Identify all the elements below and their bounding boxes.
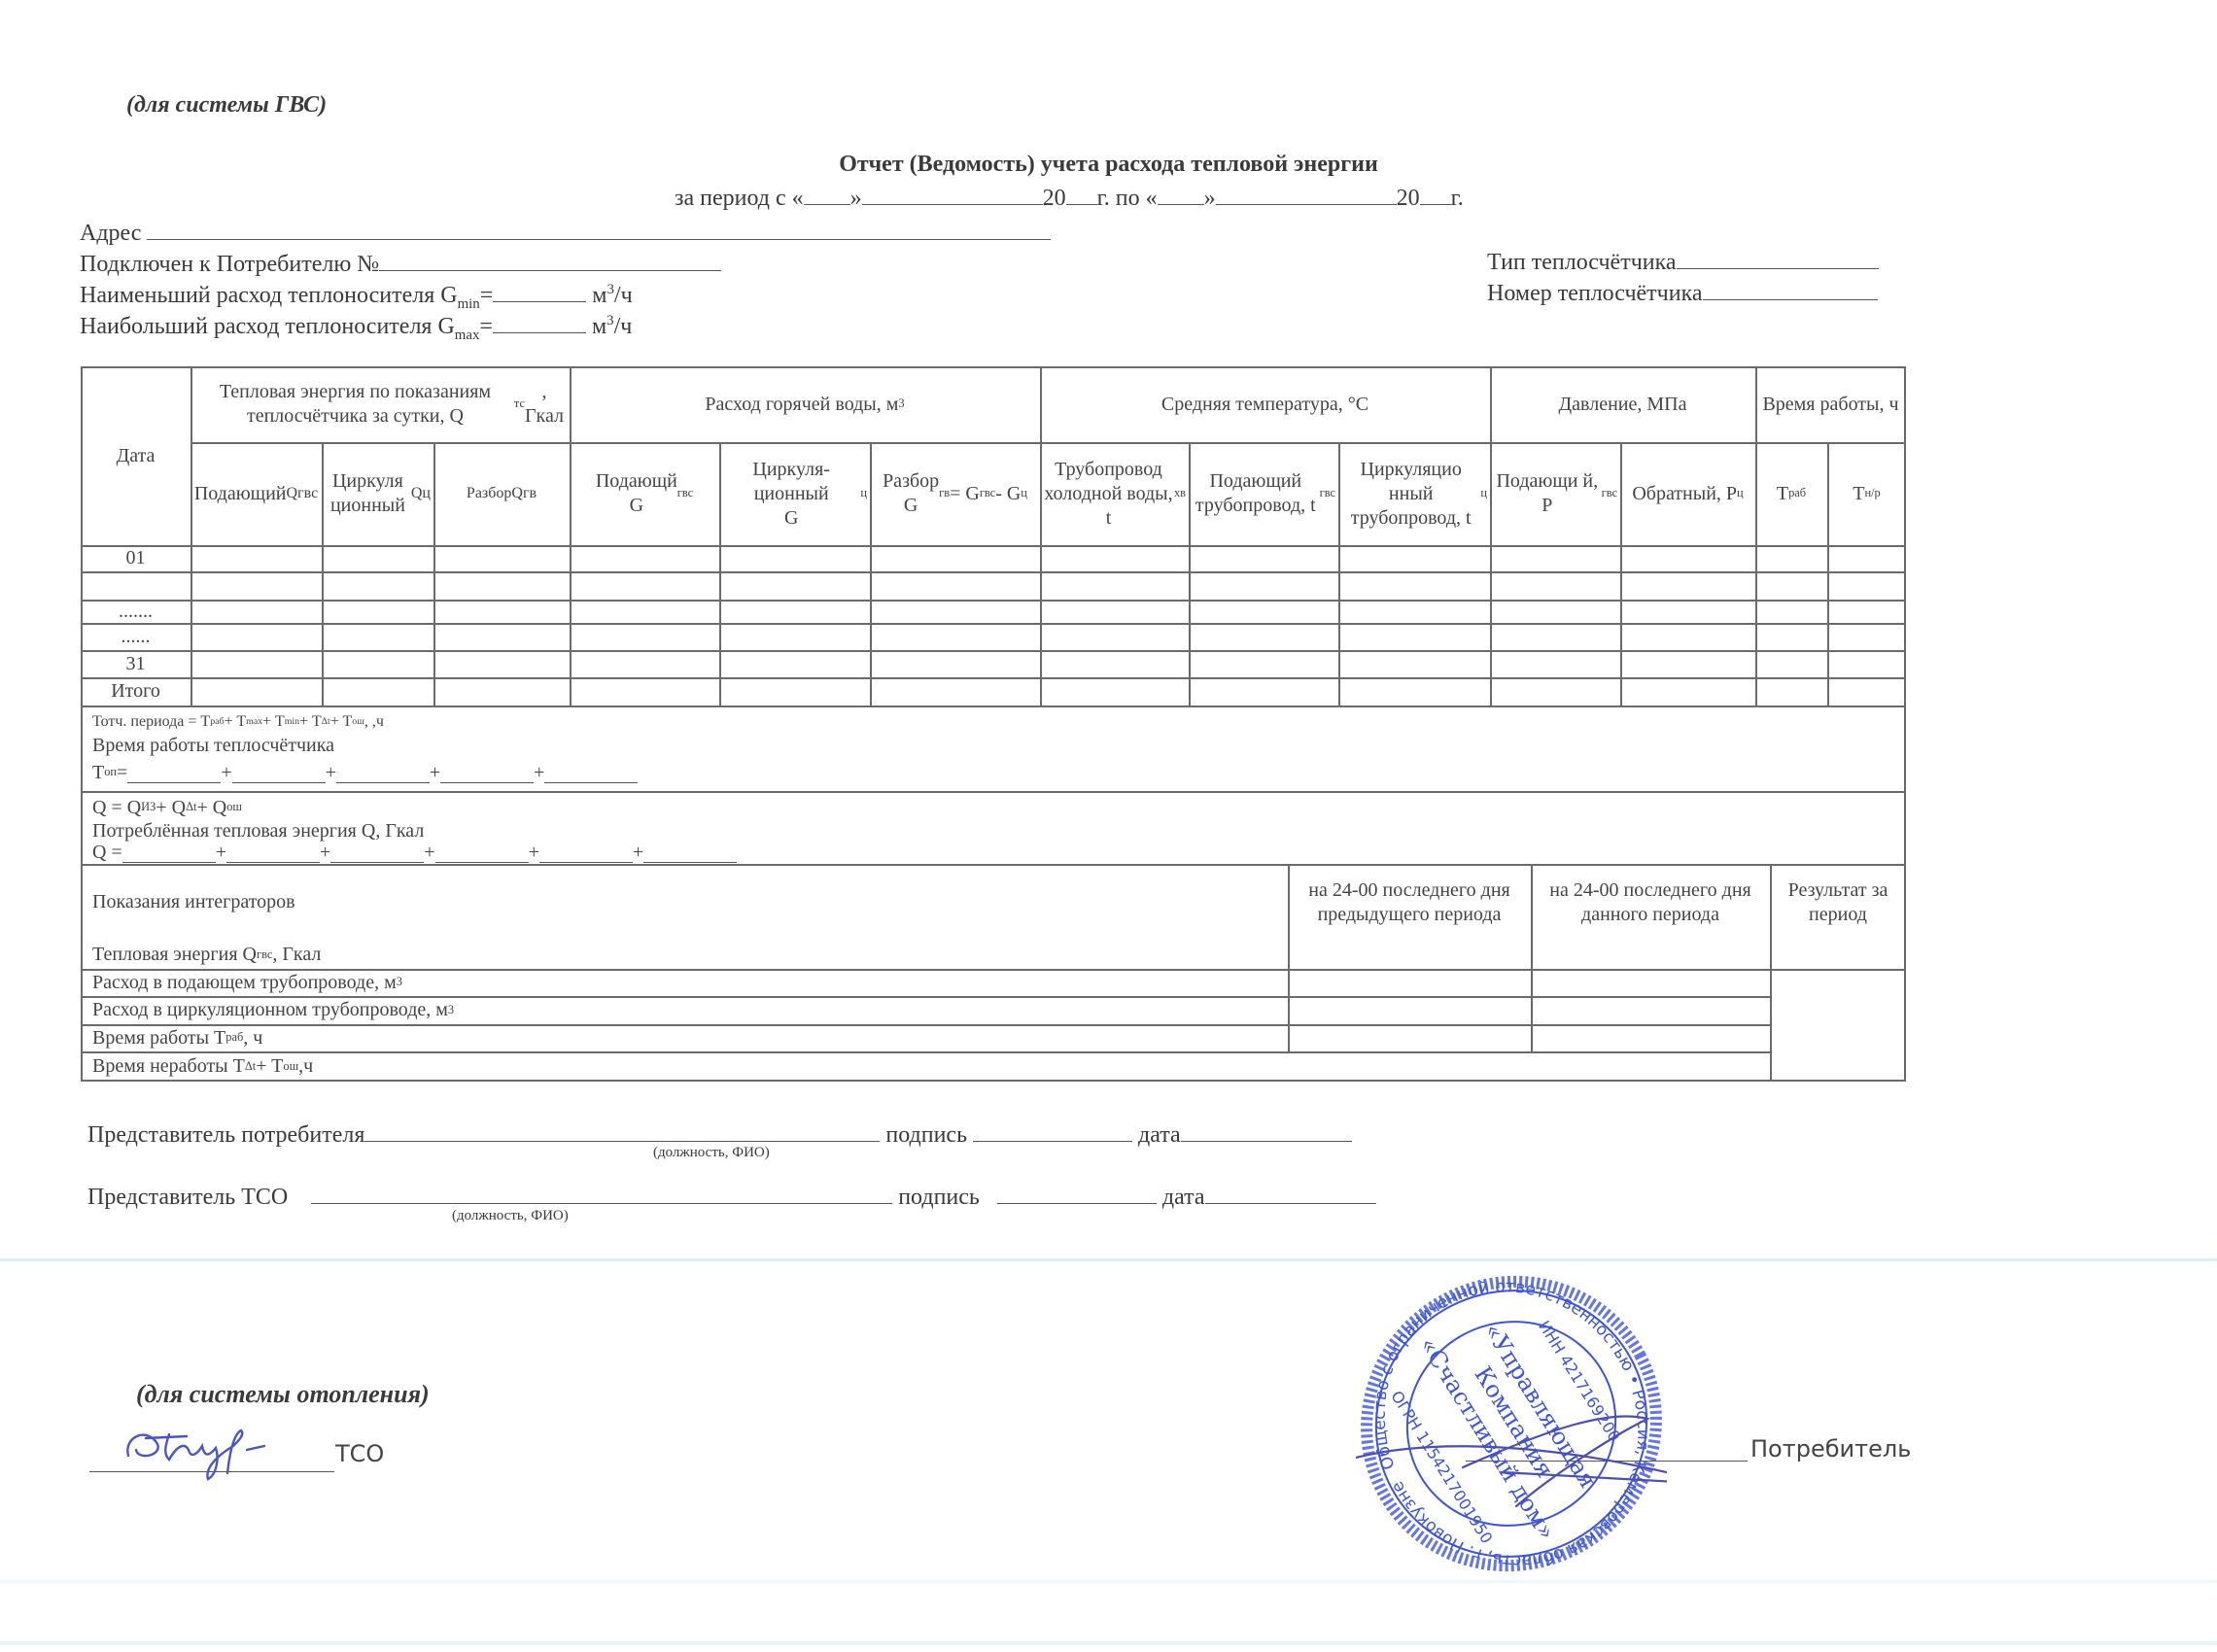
consumer-number-input[interactable] (379, 247, 721, 271)
gmin-input[interactable] (493, 278, 586, 302)
section-heating-heading: (для системы отопления) (136, 1380, 430, 1409)
data-cell[interactable] (435, 573, 568, 598)
integrator-row-label: Время неработы TΔt + Tош,ч (81, 1051, 1299, 1082)
data-cell[interactable] (1191, 547, 1336, 569)
data-cell[interactable] (1829, 652, 1904, 675)
data-cell[interactable] (435, 652, 568, 675)
integrators-header: Показания интеграторов (81, 864, 1299, 941)
consumer-label: Потребитель (1750, 1435, 1911, 1463)
handwritten-signature-icon (119, 1417, 371, 1485)
integrator-cell[interactable] (1533, 1026, 1768, 1050)
data-cell[interactable] (572, 652, 717, 675)
data-cell[interactable] (1492, 652, 1618, 675)
data-cell[interactable] (721, 625, 868, 648)
integrator-row-label: Время работы Tраб, ч (81, 1024, 1299, 1051)
column-subheader: Tраб (1758, 442, 1824, 545)
column-subheader: Подающий трубопровод, tгвс (1192, 442, 1335, 545)
data-cell[interactable] (572, 573, 717, 598)
data-cell[interactable] (1622, 679, 1753, 704)
data-cell[interactable] (192, 602, 320, 621)
data-cell[interactable] (1757, 547, 1825, 569)
data-cell[interactable] (435, 679, 568, 704)
data-cell[interactable] (572, 679, 717, 704)
data-cell[interactable] (1191, 573, 1336, 598)
consumer-rep-sign-input[interactable] (973, 1118, 1132, 1142)
report-title: Отчет (Ведомость) учета расхода тепловой… (0, 152, 2217, 178)
data-cell[interactable] (1757, 679, 1825, 704)
group-header: Давление, МПа (1496, 366, 1749, 442)
data-cell[interactable] (324, 573, 432, 598)
data-cell[interactable] (192, 547, 320, 569)
data-cell[interactable] (872, 625, 1038, 648)
consumer-rep-date-input[interactable] (1181, 1118, 1352, 1142)
scan-divider (0, 1641, 2217, 1645)
data-cell[interactable] (1042, 652, 1187, 675)
tso-rep-date-input[interactable] (1205, 1180, 1376, 1204)
data-cell[interactable] (1757, 652, 1825, 675)
data-cell[interactable] (721, 573, 868, 598)
group-header: Время работы, ч (1761, 366, 1900, 442)
data-cell[interactable] (1042, 573, 1187, 598)
integrators-col-current-period: на 24-00 последнего дня данного периода (1531, 864, 1770, 941)
data-cell[interactable] (1340, 573, 1488, 598)
tso-position-hint: (должность, ФИО) (452, 1208, 569, 1224)
tso-rep-name-input[interactable] (311, 1180, 892, 1204)
data-cell[interactable] (572, 625, 717, 648)
data-cell[interactable] (721, 602, 868, 621)
group-header: Расход горячей воды, м3 (575, 366, 1034, 442)
consumer-number-field: Подключен к Потребителю № (80, 247, 721, 278)
data-cell[interactable] (1042, 625, 1187, 648)
data-cell[interactable] (1622, 625, 1753, 648)
data-cell[interactable] (324, 602, 432, 621)
data-cell[interactable] (435, 602, 568, 621)
data-cell[interactable] (1191, 602, 1336, 621)
integrator-result-cell[interactable] (1772, 943, 1904, 967)
column-subheader: Подающи й, Pгвс (1493, 442, 1617, 545)
report-period: за период с «»20г. по «»20г. (675, 181, 1464, 212)
integrator-row-label: Расход в циркуляционном трубопроводе, м3 (81, 996, 1299, 1024)
integrators-col-result: Результат за период (1770, 864, 1906, 941)
data-cell[interactable] (721, 679, 868, 704)
tso-signature-line[interactable] (89, 1438, 334, 1472)
data-cell[interactable] (721, 547, 868, 569)
column-subheader: РазборGгв = Gгвс - Gц (873, 442, 1037, 545)
date-header: Дата (81, 366, 191, 545)
data-cell[interactable] (192, 679, 320, 704)
integrator-result-cell[interactable] (1772, 1026, 1904, 1050)
meter-type-field: Тип теплосчётчика (1487, 245, 1879, 276)
scan-divider (0, 1580, 2217, 1583)
data-cell[interactable] (572, 602, 717, 621)
data-cell[interactable] (1622, 652, 1753, 675)
data-cell[interactable] (1622, 547, 1753, 569)
data-cell[interactable] (1492, 602, 1618, 621)
group-header: Тепловая энергия по показаниям теплосчёт… (196, 366, 564, 442)
data-cell[interactable] (435, 547, 568, 569)
integrator-cell[interactable] (1290, 971, 1529, 994)
column-subheader: Трубопровод холодной воды, tхв (1043, 442, 1186, 545)
data-cell[interactable] (1340, 547, 1488, 569)
data-cell[interactable] (1757, 625, 1825, 648)
column-subheader: ПодающийQгвс (193, 442, 319, 545)
column-subheader: Tн/р (1830, 442, 1903, 545)
date-row-label: Итого (81, 677, 191, 706)
data-cell[interactable] (1042, 602, 1187, 621)
date-row-label: 01 (81, 545, 191, 571)
date-row-label: ...... (81, 623, 191, 650)
column-subheader: Обратный, Pц (1623, 442, 1752, 545)
data-cell[interactable] (1492, 573, 1618, 598)
data-cell[interactable] (1829, 573, 1904, 598)
data-cell[interactable] (1042, 547, 1187, 569)
gmax-input[interactable] (493, 309, 586, 333)
column-subheader: Циркуля-ционныйGц (722, 442, 867, 545)
data-cell[interactable] (1829, 547, 1904, 569)
date-row-label: ....... (81, 600, 191, 623)
tso-representative-line: Представитель ТСО подпись дата (87, 1180, 1376, 1211)
data-cell[interactable] (1622, 573, 1753, 598)
column-subheader: ПодающйGгвс (572, 442, 716, 545)
gmin-field: Наименьший расход теплоносителя Gmin= м3… (80, 278, 633, 313)
data-cell[interactable] (872, 679, 1038, 704)
energy-equation: Q = + + + + + (81, 840, 1918, 865)
integrator-cell[interactable] (1533, 998, 1768, 1022)
meter-number-input[interactable] (1703, 276, 1878, 300)
data-cell[interactable] (1829, 625, 1904, 648)
meter-number-field: Номер теплосчётчика (1487, 276, 1878, 307)
data-cell[interactable] (1829, 679, 1904, 704)
date-row-label (81, 571, 191, 600)
data-cell[interactable] (1191, 679, 1336, 704)
data-cell[interactable] (572, 547, 717, 569)
integrator-cell[interactable] (1533, 943, 1768, 967)
data-cell[interactable] (1757, 602, 1825, 621)
data-cell[interactable] (324, 547, 432, 569)
data-cell[interactable] (872, 573, 1038, 598)
consumer-position-hint: (должность, ФИО) (653, 1145, 770, 1161)
data-cell[interactable] (435, 625, 568, 648)
column-subheader: Циркуляцио нный трубопровод, tц (1341, 442, 1487, 545)
integrator-result-cell[interactable] (1772, 1053, 1904, 1080)
data-cell[interactable] (324, 652, 432, 675)
tso-rep-sign-input[interactable] (997, 1180, 1157, 1204)
integrator-result-cell[interactable] (1772, 971, 1904, 994)
data-cell[interactable] (1340, 679, 1488, 704)
data-cell[interactable] (1340, 625, 1488, 648)
data-cell[interactable] (1492, 547, 1618, 569)
integrator-cell[interactable] (1290, 1026, 1529, 1050)
data-cell[interactable] (192, 625, 320, 648)
data-cell[interactable] (324, 679, 432, 704)
group-header: Средняя температура, °С (1046, 366, 1484, 442)
uptime-equation: Tоп = + + + + (81, 756, 1918, 789)
integrator-row-label: Тепловая энергия Qгвс, Гкал (81, 941, 1299, 969)
company-stamp: Общество с ограниченной ответственностью… (1356, 1273, 1667, 1579)
integrators-col-prev-period: на 24-00 последнего дня предыдущего пери… (1288, 864, 1531, 941)
data-cell[interactable] (1191, 652, 1336, 675)
meter-type-input[interactable] (1677, 245, 1879, 269)
integrator-cell[interactable] (1533, 971, 1768, 994)
date-row-label: 31 (81, 650, 191, 677)
integrator-result-cell[interactable] (1772, 998, 1904, 1022)
data-cell[interactable] (1492, 625, 1618, 648)
data-cell[interactable] (1492, 679, 1618, 704)
data-cell[interactable] (872, 602, 1038, 621)
heat-report-table: ДатаТепловая энергия по показаниям тепло… (81, 366, 1906, 1082)
data-cell[interactable] (872, 547, 1038, 569)
address-field: Адрес (80, 216, 1051, 247)
section-gvs-heading: (для системы ГВС) (126, 92, 327, 119)
integrator-row-label: Расход в подающем трубопроводе, м3 (81, 969, 1299, 996)
column-subheader: Циркуля ционныйQц (325, 442, 431, 545)
data-cell[interactable] (324, 625, 432, 648)
data-cell[interactable] (1191, 625, 1336, 648)
column-subheader: РазборQгв (436, 442, 567, 545)
data-cell[interactable] (1042, 679, 1187, 704)
data-cell[interactable] (872, 652, 1038, 675)
data-cell[interactable] (192, 652, 320, 675)
integrator-cell[interactable] (1290, 943, 1529, 967)
data-cell[interactable] (721, 652, 868, 675)
scan-divider (0, 1258, 2217, 1261)
data-cell[interactable] (1622, 602, 1753, 621)
data-cell[interactable] (1340, 602, 1488, 621)
address-input[interactable] (147, 216, 1051, 240)
data-cell[interactable] (1757, 573, 1825, 598)
tso-label: ТСО (335, 1440, 384, 1467)
gmax-field: Наибольший расход теплоносителя Gmax= м3… (80, 309, 632, 344)
data-cell[interactable] (1829, 602, 1904, 621)
data-cell[interactable] (192, 573, 320, 598)
data-cell[interactable] (1340, 652, 1488, 675)
integrator-cell[interactable] (1290, 998, 1529, 1022)
consumer-rep-name-input[interactable] (364, 1118, 880, 1142)
